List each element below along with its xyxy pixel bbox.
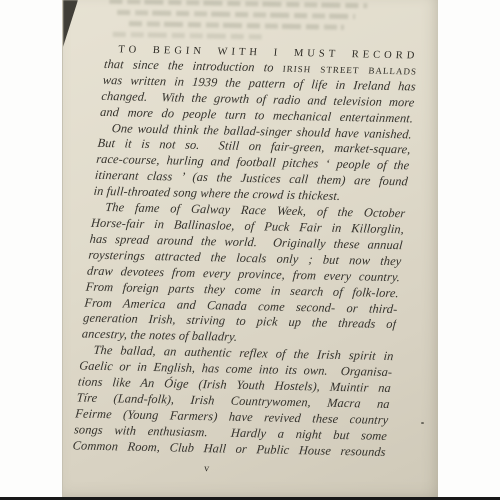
ghost-text-line (109, 0, 367, 8)
text-block: TO BEGIN WITH I MUST RECORDthat since th… (70, 41, 419, 480)
page-corner-shadow (63, 0, 78, 47)
ghost-text-line (113, 32, 263, 40)
book-page-photo: TO BEGIN WITH I MUST RECORDthat since th… (0, 0, 500, 500)
show-through-ghost-text (109, 0, 368, 47)
paper-speck (421, 422, 424, 424)
ghost-text-line (129, 21, 344, 30)
page-number: v (70, 458, 384, 480)
text-lines: TO BEGIN WITH I MUST RECORDthat since th… (72, 41, 419, 460)
book-page: TO BEGIN WITH I MUST RECORDthat since th… (62, 0, 438, 500)
ghost-text-line (117, 10, 355, 19)
